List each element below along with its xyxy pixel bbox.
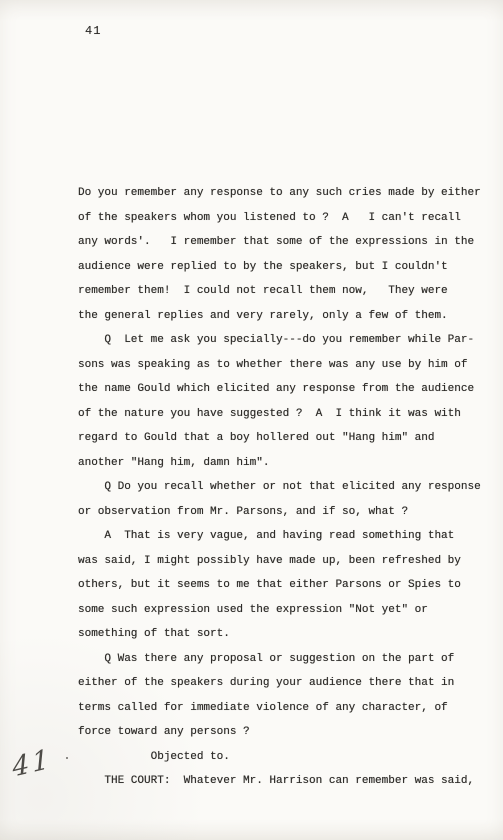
transcript-line: remember them! I could not recall them n… <box>78 279 490 304</box>
handwritten-page-number: 41 <box>11 743 53 783</box>
transcript-line: any words'. I remember that some of the … <box>78 230 490 255</box>
transcript-line: audience were replied to by the speakers… <box>78 255 490 280</box>
transcript-line: or observation from Mr. Parsons, and if … <box>78 500 490 525</box>
document-page: 41 Do you remember any response to any s… <box>0 0 503 840</box>
transcript-line: the general replies and very rarely, onl… <box>78 304 490 329</box>
transcript-line: THE COURT: Whatever Mr. Harrison can rem… <box>78 769 490 794</box>
transcript-line: either of the speakers during your audie… <box>78 671 490 696</box>
transcript-line: sons was speaking as to whether there wa… <box>78 353 490 378</box>
transcript-line: Q Do you recall whether or not that elic… <box>78 475 490 500</box>
transcript-line: something of that sort. <box>78 622 490 647</box>
transcript-line: was said, I might possibly have made up,… <box>78 549 490 574</box>
transcript-line: the name Gould which elicited any respon… <box>78 377 490 402</box>
transcript-line: Do you remember any response to any such… <box>78 181 490 206</box>
transcript-line: others, but it seems to me that either P… <box>78 573 490 598</box>
transcript-line: some such expression used the expression… <box>78 598 490 623</box>
typed-page-number: 41 <box>85 24 101 38</box>
transcript-line: Q Was there any proposal or suggestion o… <box>78 647 490 672</box>
paper-speck <box>66 757 68 759</box>
transcript-line: Objected to. <box>78 745 490 770</box>
transcript-line: of the speakers whom you listened to ? A… <box>78 206 490 231</box>
transcript-line: Q Let me ask you specially---do you reme… <box>78 328 490 353</box>
transcript-line: terms called for immediate violence of a… <box>78 696 490 721</box>
transcript-line: another "Hang him, damn him". <box>78 451 490 476</box>
transcript-text: Do you remember any response to any such… <box>78 181 490 794</box>
transcript-line: regard to Gould that a boy hollered out … <box>78 426 490 451</box>
transcript-line: force toward any persons ? <box>78 720 490 745</box>
transcript-line: of the nature you have suggested ? A I t… <box>78 402 490 427</box>
transcript-line: A That is very vague, and having read so… <box>78 524 490 549</box>
